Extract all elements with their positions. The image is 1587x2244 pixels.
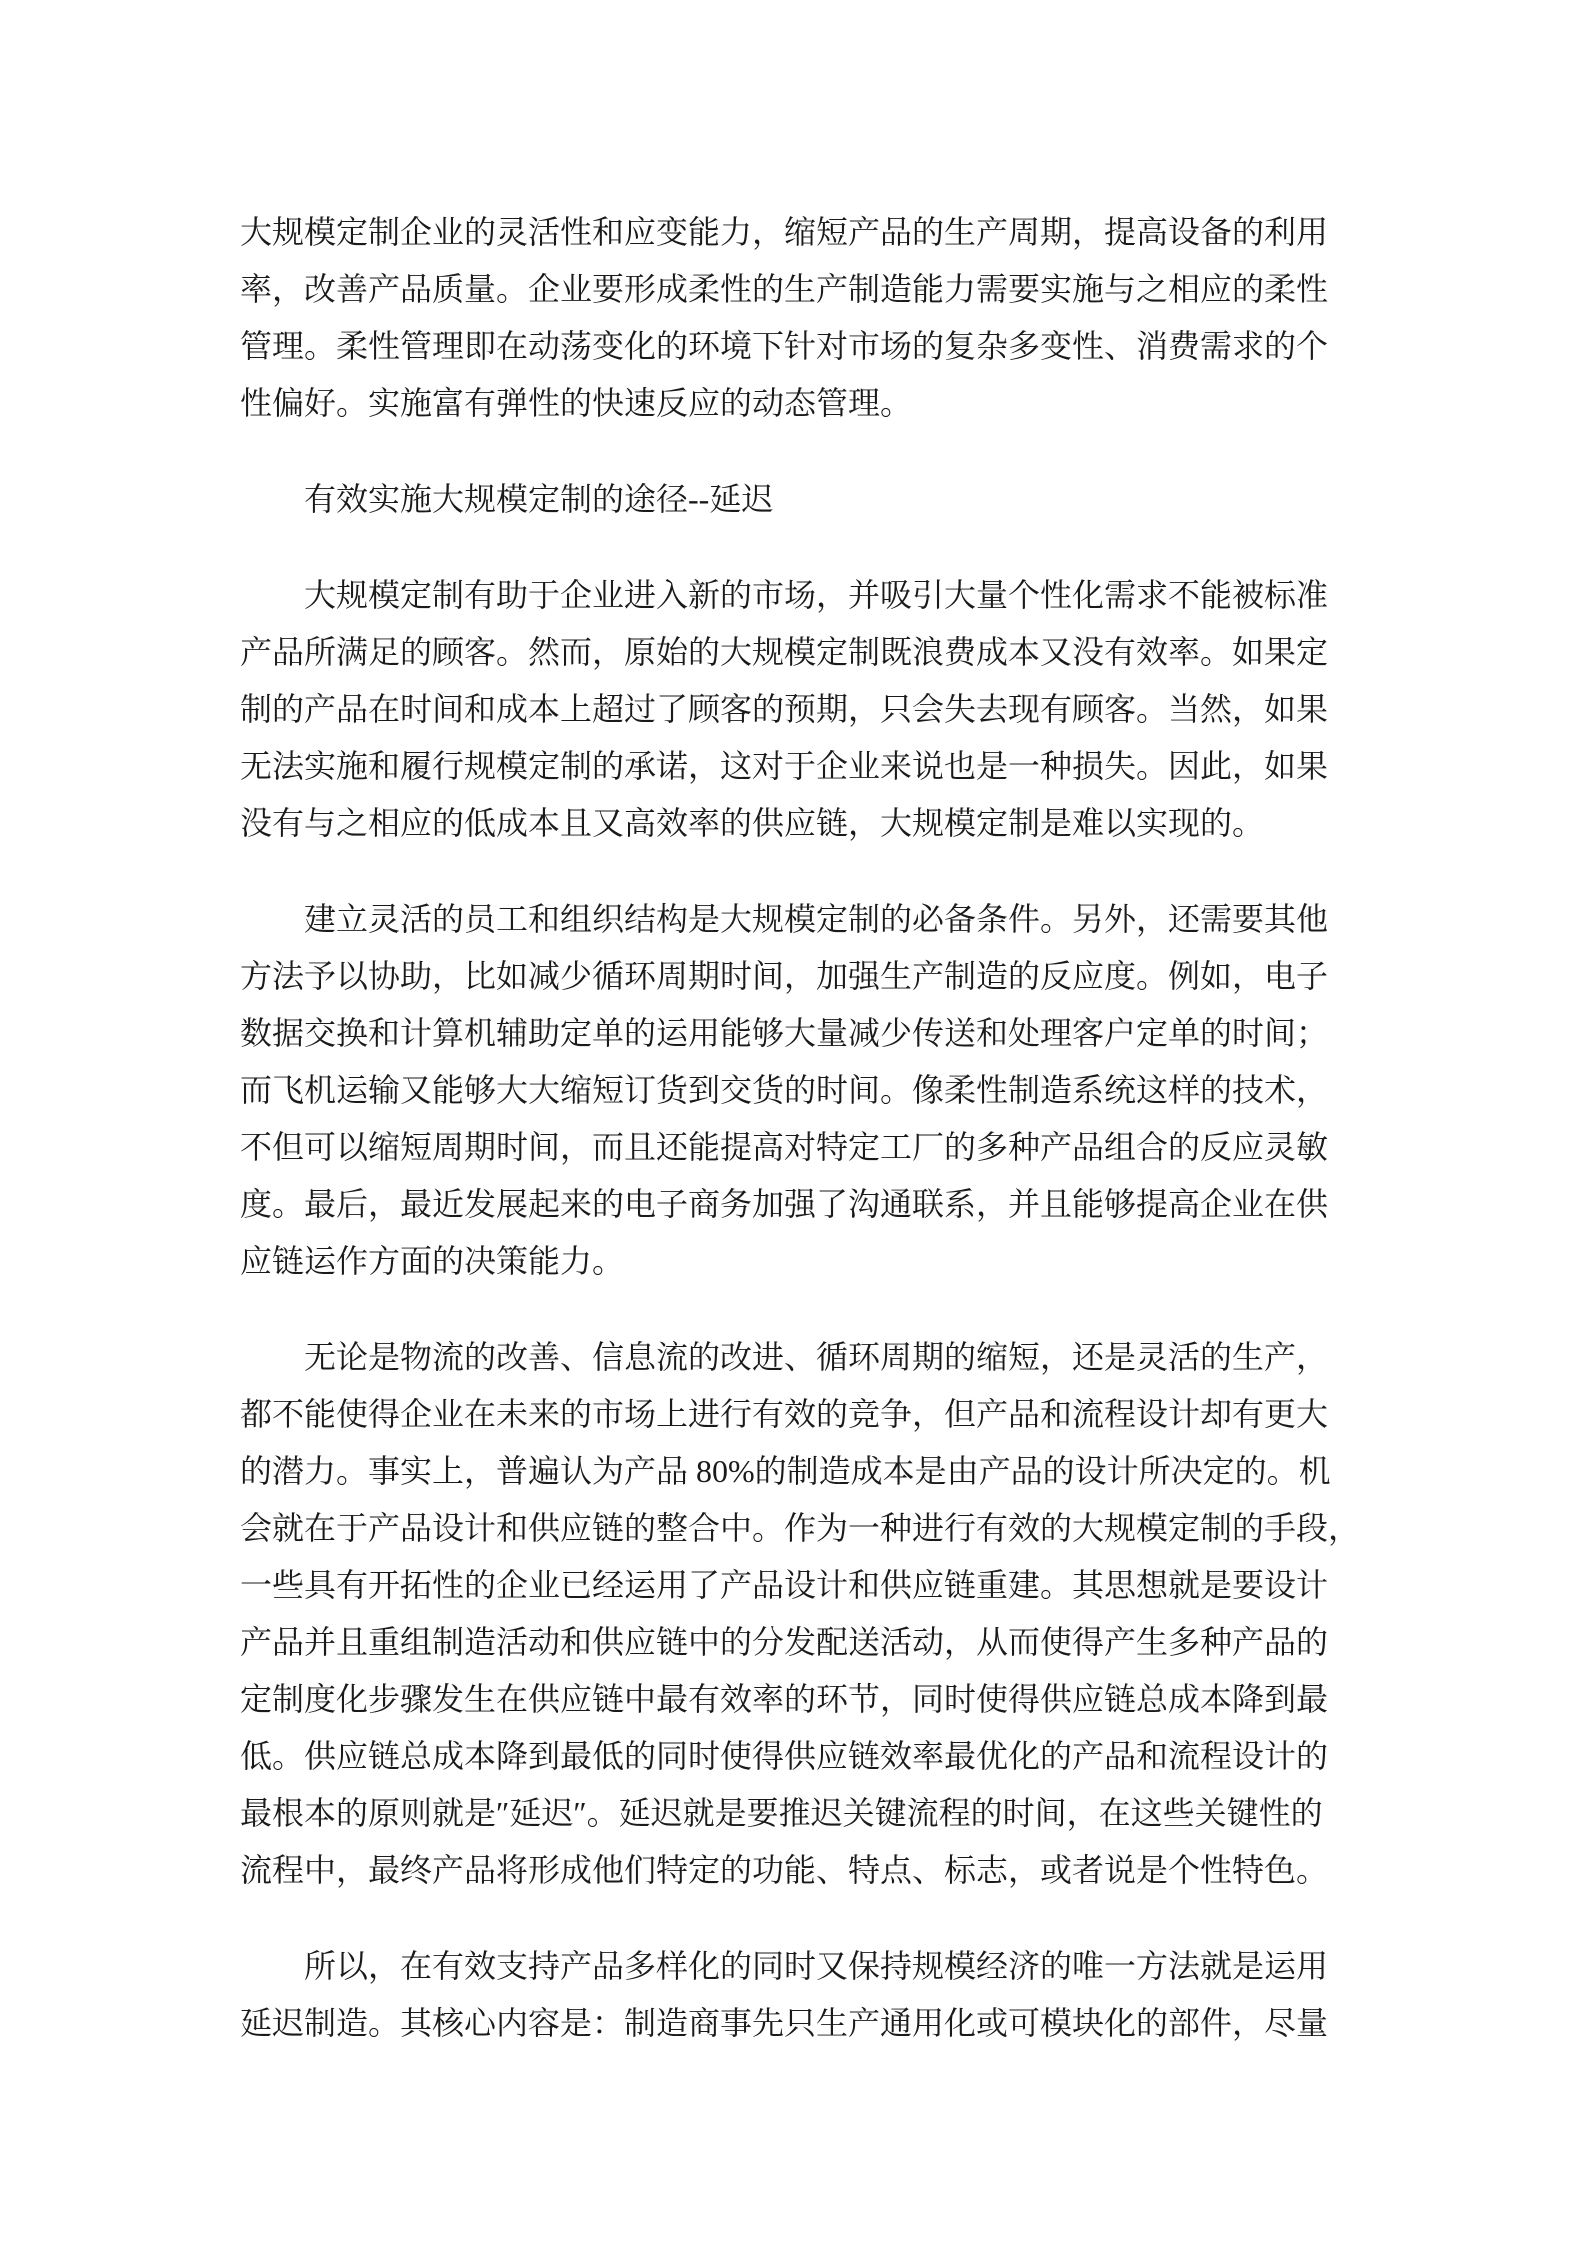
document-page: 大规模定制企业的灵活性和应变能力，缩短产品的生产周期，提高设备的利用率，改善产品… (0, 0, 1587, 2244)
text-line: 建立灵活的员工和组织结构是大规模定制的必备条件。另外，还需要其他 (240, 891, 1370, 948)
text-line: 有效实施大规模定制的途径--延迟 (240, 471, 1370, 528)
document-body: 大规模定制企业的灵活性和应变能力，缩短产品的生产周期，提高设备的利用率，改善产品… (240, 204, 1370, 2052)
text-line: 数据交换和计算机辅助定单的运用能够大量减少传送和处理客户定单的时间； (240, 1005, 1370, 1062)
text-line: 管理。柔性管理即在动荡变化的环境下针对市场的复杂多变性、消费需求的个 (240, 318, 1370, 375)
text-line: 低。供应链总成本降到最低的同时使得供应链效率最优化的产品和流程设计的 (240, 1728, 1370, 1785)
text-line: 性偏好。实施富有弹性的快速反应的动态管理。 (240, 375, 1370, 432)
paragraph-new-market: 大规模定制有助于企业进入新的市场，并吸引大量个性化需求不能被标准产品所满足的顾客… (240, 567, 1370, 852)
text-line: 没有与之相应的低成本且又高效率的供应链，大规模定制是难以实现的。 (240, 795, 1370, 852)
paragraph-postponed-manufacturing: 所以，在有效支持产品多样化的同时又保持规模经济的唯一方法就是运用延迟制造。其核心… (240, 1938, 1370, 2052)
text-line: 的潜力。事实上，普遍认为产品 80%的制造成本是由产品的设计所决定的。机 (240, 1443, 1370, 1500)
text-line: 会就在于产品设计和供应链的整合中。作为一种进行有效的大规模定制的手段， (240, 1500, 1370, 1557)
paragraph-product-process-design: 无论是物流的改善、信息流的改进、循环周期的缩短，还是灵活的生产，都不能使得企业在… (240, 1329, 1370, 1899)
text-line: 所以，在有效支持产品多样化的同时又保持规模经济的唯一方法就是运用 (240, 1938, 1370, 1995)
text-line: 都不能使得企业在未来的市场上进行有效的竞争，但产品和流程设计却有更大 (240, 1386, 1370, 1443)
text-line: 大规模定制企业的灵活性和应变能力，缩短产品的生产周期，提高设备的利用 (240, 204, 1370, 261)
paragraph-flexible-management: 大规模定制企业的灵活性和应变能力，缩短产品的生产周期，提高设备的利用率，改善产品… (240, 204, 1370, 432)
text-line: 不但可以缩短周期时间，而且还能提高对特定工厂的多种产品组合的反应灵敏 (240, 1119, 1370, 1176)
text-line: 无法实施和履行规模定制的承诺，这对于企业来说也是一种损失。因此，如果 (240, 738, 1370, 795)
text-line: 无论是物流的改善、信息流的改进、循环周期的缩短，还是灵活的生产， (240, 1329, 1370, 1386)
text-line: 而飞机运输又能够大大缩短订货到交货的时间。像柔性制造系统这样的技术， (240, 1062, 1370, 1119)
text-line: 产品并且重组制造活动和供应链中的分发配送活动，从而使得产生多种产品的 (240, 1614, 1370, 1671)
section-heading-postponement: 有效实施大规模定制的途径--延迟 (240, 471, 1370, 528)
text-line: 制的产品在时间和成本上超过了顾客的预期，只会失去现有顾客。当然，如果 (240, 681, 1370, 738)
text-line: 度。最后，最近发展起来的电子商务加强了沟通联系，并且能够提高企业在供 (240, 1176, 1370, 1233)
paragraph-flexible-organization: 建立灵活的员工和组织结构是大规模定制的必备条件。另外，还需要其他方法予以协助，比… (240, 891, 1370, 1290)
text-line: 流程中，最终产品将形成他们特定的功能、特点、标志，或者说是个性特色。 (240, 1842, 1370, 1899)
text-line: 大规模定制有助于企业进入新的市场，并吸引大量个性化需求不能被标准 (240, 567, 1370, 624)
text-line: 应链运作方面的决策能力。 (240, 1233, 1370, 1290)
text-line: 一些具有开拓性的企业已经运用了产品设计和供应链重建。其思想就是要设计 (240, 1557, 1370, 1614)
text-line: 定制度化步骤发生在供应链中最有效率的环节，同时使得供应链总成本降到最 (240, 1671, 1370, 1728)
text-line: 产品所满足的顾客。然而，原始的大规模定制既浪费成本又没有效率。如果定 (240, 624, 1370, 681)
text-line: 延迟制造。其核心内容是：制造商事先只生产通用化或可模块化的部件，尽量 (240, 1995, 1370, 2052)
text-line: 最根本的原则就是″延迟″。延迟就是要推迟关键流程的时间，在这些关键性的 (240, 1785, 1370, 1842)
text-line: 方法予以协助，比如减少循环周期时间，加强生产制造的反应度。例如，电子 (240, 948, 1370, 1005)
text-line: 率，改善产品质量。企业要形成柔性的生产制造能力需要实施与之相应的柔性 (240, 261, 1370, 318)
